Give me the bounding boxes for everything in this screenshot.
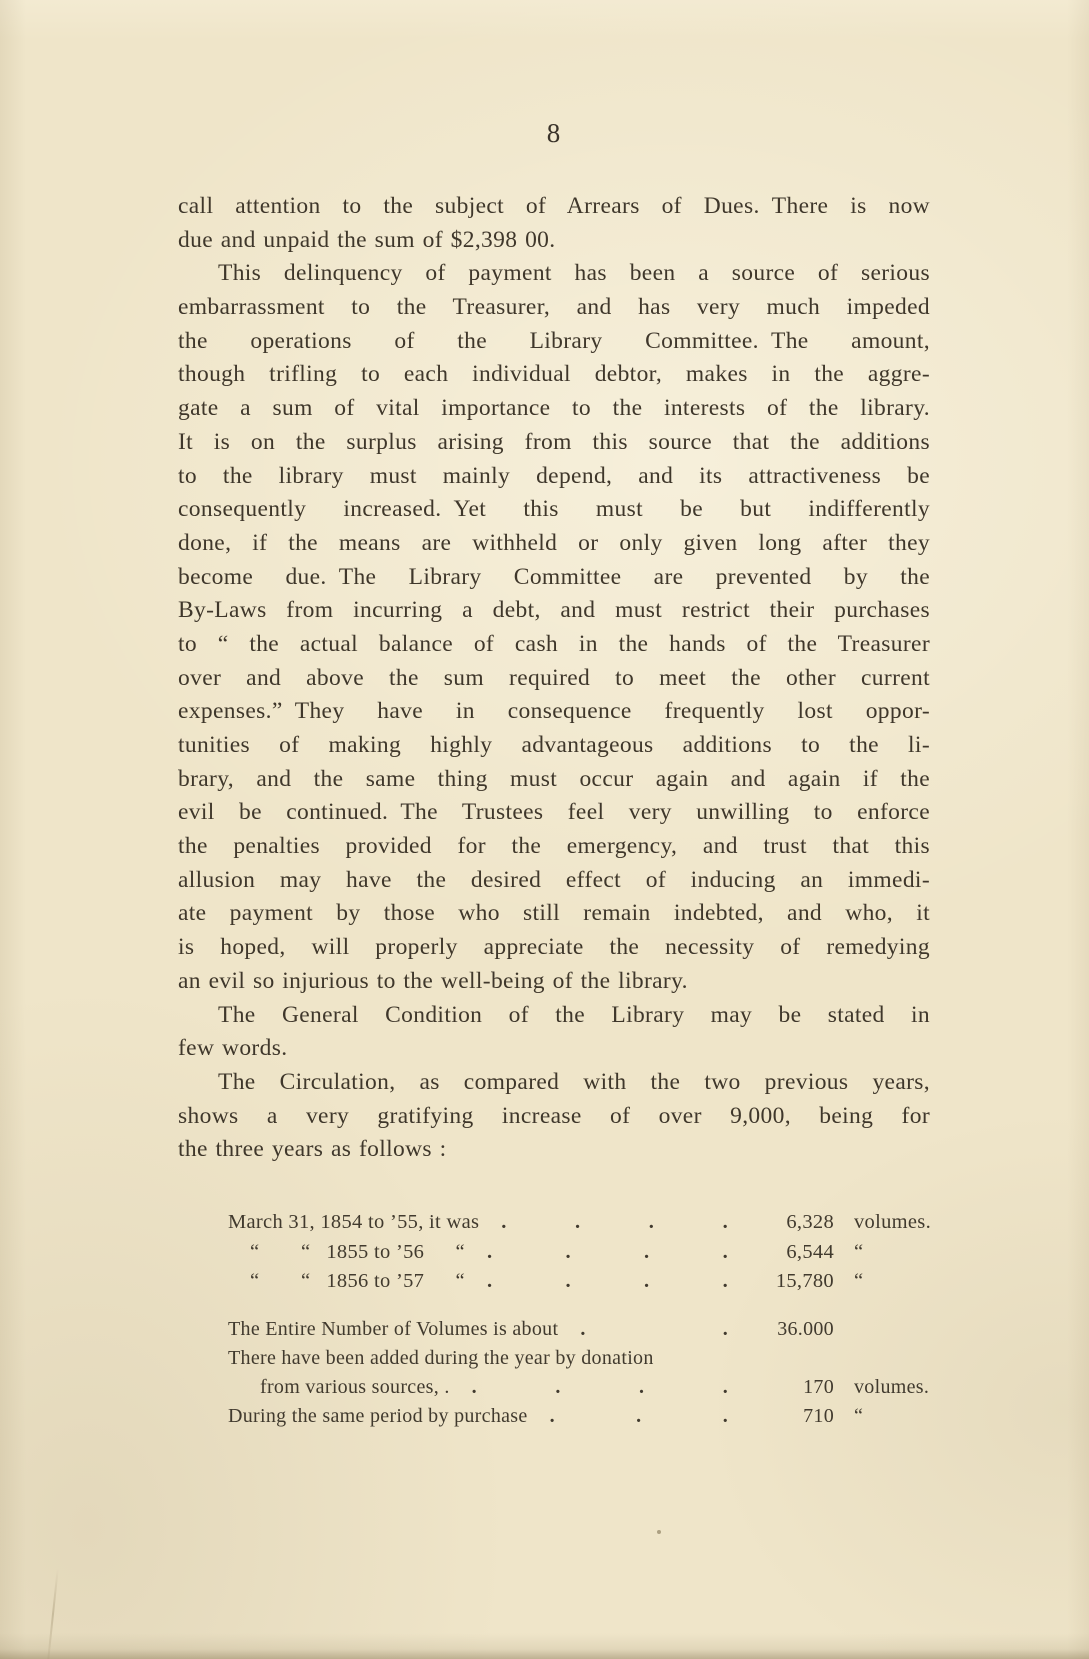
- body-line: few words.: [178, 1032, 930, 1066]
- body-line: to “ the actual balance of cash in the h…: [178, 628, 930, 662]
- table-row: from various sources, . . . . . 170 volu…: [228, 1373, 948, 1402]
- paper-speck: [657, 1530, 661, 1534]
- body-line: though trifling to each individual debto…: [178, 358, 930, 392]
- table-row: “ “ 1856 to ’57 “ . . . . 15,780 “: [228, 1267, 948, 1297]
- body-line: ate payment by those who still remain in…: [178, 897, 930, 931]
- body-line: evil be continued. The Trustees feel ver…: [178, 796, 930, 830]
- body-line: It is on the surplus arising from this s…: [178, 426, 930, 460]
- body-line: expenses.” They have in consequence freq…: [178, 695, 930, 729]
- dot-leader: . . . .: [479, 1208, 742, 1238]
- body-line: the three years as follows :: [178, 1133, 930, 1167]
- paper-crease: [47, 1568, 59, 1659]
- body-line: over and above the sum required to meet …: [178, 662, 930, 696]
- row-label: from various sources, .: [228, 1373, 450, 1402]
- body-line: an evil so injurious to the well-being o…: [178, 965, 930, 999]
- body-line: The Circulation, as compared with the tw…: [178, 1066, 930, 1100]
- body-line: tunities of making highly advantageous a…: [178, 729, 930, 763]
- body-line: allusion may have the desired effect of …: [178, 864, 930, 898]
- table-row: March 31, 1854 to ’55, it was . . . . 6,…: [228, 1208, 948, 1238]
- table-row: The Entire Number of Volumes is about . …: [228, 1315, 948, 1344]
- body-line: call attention to the subject of Arrears…: [178, 190, 930, 224]
- body-line: become due. The Library Committee are pr…: [178, 561, 930, 595]
- row-value: 170: [742, 1373, 834, 1402]
- body-text: call attention to the subject of Arrears…: [178, 190, 930, 1167]
- dot-leader: . .: [558, 1315, 742, 1344]
- row-unit: “: [834, 1267, 948, 1297]
- row-label: There have been added during the year by…: [228, 1344, 654, 1373]
- dot-leader: . . . .: [465, 1238, 742, 1268]
- row-unit: volumes.: [834, 1208, 948, 1238]
- row-label: March 31, 1854 to ’55, it was: [228, 1208, 479, 1238]
- dot-leader: . . .: [528, 1402, 742, 1431]
- body-line: the penalties provided for the emergency…: [178, 830, 930, 864]
- body-line: shows a very gratifying increase of over…: [178, 1100, 930, 1134]
- volumes-summary-table: The Entire Number of Volumes is about . …: [228, 1315, 948, 1431]
- row-label: “ “ 1855 to ’56 “: [228, 1238, 465, 1268]
- row-label: The Entire Number of Volumes is about: [228, 1315, 558, 1344]
- body-line: gate a sum of vital importance to the in…: [178, 392, 930, 426]
- body-line: is hoped, will properly appreciate the n…: [178, 931, 930, 965]
- row-value: 15,780: [742, 1267, 834, 1297]
- table-row: During the same period by purchase . . .…: [228, 1402, 948, 1431]
- scanned-book-page: 8 call attention to the subject of Arrea…: [0, 0, 1089, 1659]
- row-unit: “: [834, 1238, 948, 1268]
- body-line: consequently increased. Yet this must be…: [178, 493, 930, 527]
- body-line: The General Condition of the Library may…: [178, 999, 930, 1033]
- row-value: 6,544: [742, 1238, 834, 1268]
- body-line: By-Laws from incurring a debt, and must …: [178, 594, 930, 628]
- body-line: This delinquency of payment has been a s…: [178, 257, 930, 291]
- dot-leader: . . . .: [465, 1267, 742, 1297]
- body-line: to the library must mainly depend, and i…: [178, 460, 930, 494]
- dot-leader: . . . .: [450, 1373, 742, 1402]
- row-label: During the same period by purchase: [228, 1402, 528, 1431]
- body-line: done, if the means are withheld or only …: [178, 527, 930, 561]
- body-line: due and unpaid the sum of $2,398 00.: [178, 224, 930, 258]
- row-unit: “: [834, 1402, 948, 1431]
- body-line: embarrassment to the Treasurer, and has …: [178, 291, 930, 325]
- table-row: “ “ 1855 to ’56 “ . . . . 6,544 “: [228, 1238, 948, 1268]
- table-row: There have been added during the year by…: [228, 1344, 948, 1373]
- circulation-table: March 31, 1854 to ’55, it was . . . . 6,…: [228, 1208, 948, 1297]
- row-value: 710: [742, 1402, 834, 1431]
- body-line: the operations of the Library Committee.…: [178, 325, 930, 359]
- row-label: “ “ 1856 to ’57 “: [228, 1267, 465, 1297]
- page-number: 8: [178, 118, 930, 149]
- row-value: 36.000: [742, 1315, 834, 1344]
- row-unit: volumes.: [834, 1373, 948, 1402]
- body-line: brary, and the same thing must occur aga…: [178, 763, 930, 797]
- row-value: 6,328: [742, 1208, 834, 1238]
